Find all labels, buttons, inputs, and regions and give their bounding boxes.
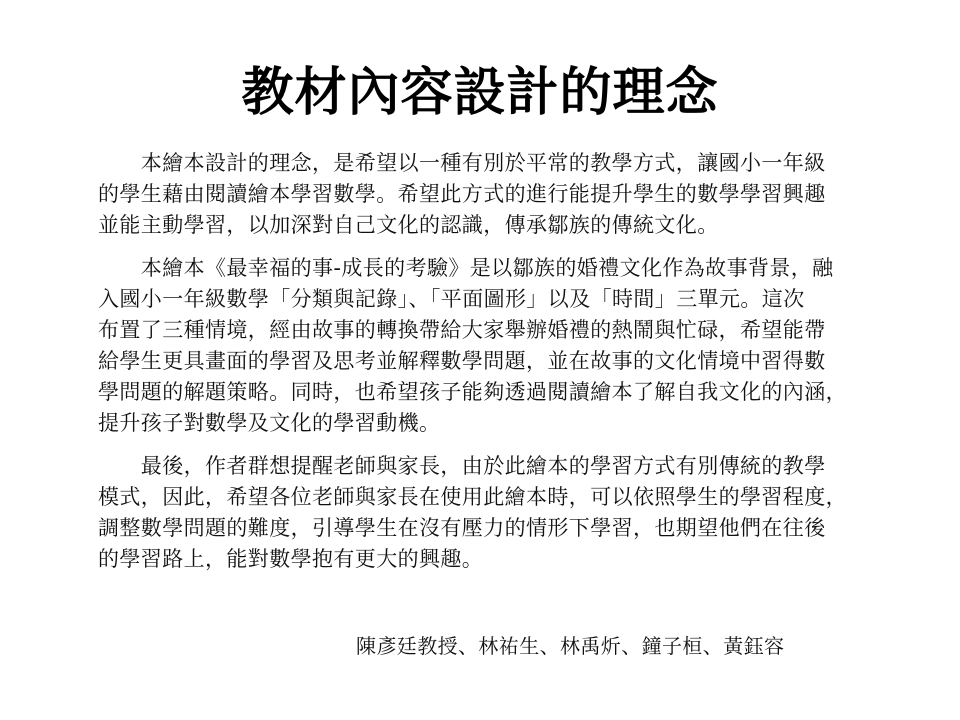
text-line: 給學生更具畫面的學習及思考並解釋數學問題，並在故事的文化情境中習得數: [98, 346, 898, 377]
text-line: 學問題的解題策略。同時，也希望孩子能夠透過閱讀繪本了解自我文化的內涵，: [98, 377, 898, 408]
authors-credit: 陳彥廷教授、林祐生、林禹炘、鐘子桓、黃鈺容: [356, 631, 784, 661]
text-line: 調整數學問題的難度，引導學生在沒有壓力的情形下學習，也期望他們在往後: [98, 513, 898, 544]
text-line: 提升孩子對數學及文化的學習動機。: [98, 408, 898, 439]
text-line: 的學生藉由閱讀繪本學習數學。希望此方式的進行能提升學生的數學學習興趣: [98, 179, 898, 210]
text-line: 本繪本《最幸福的事-成長的考驗》是以鄒族的婚禮文化作為故事背景，融: [98, 253, 898, 284]
text-line: 模式，因此，希望各位老師與家長在使用此繪本時，可以依照學生的學習程度，: [98, 482, 898, 513]
text-line: 本繪本設計的理念，是希望以一種有別於平常的教學方式，讓國小一年級: [98, 148, 898, 179]
paragraph-2: 本繪本《最幸福的事-成長的考驗》是以鄒族的婚禮文化作為故事背景，融 入國小一年級…: [98, 253, 898, 439]
paragraph-3: 最後，作者群想提醒老師與家長，由於此繪本的學習方式有別傳統的教學 模式，因此，希…: [98, 451, 898, 575]
text-line: 布置了三種情境，經由故事的轉換帶給大家舉辦婚禮的熱鬧與忙碌，希望能帶: [98, 315, 898, 346]
slide-title: 教材內容設計的理念: [0, 58, 960, 128]
body-text: 本繪本設計的理念，是希望以一種有別於平常的教學方式，讓國小一年級 的學生藉由閱讀…: [98, 148, 898, 587]
text-line: 的學習路上，能對數學抱有更大的興趣。: [98, 544, 898, 575]
text-line: 最後，作者群想提醒老師與家長，由於此繪本的學習方式有別傳統的教學: [98, 451, 898, 482]
paragraph-1: 本繪本設計的理念，是希望以一種有別於平常的教學方式，讓國小一年級 的學生藉由閱讀…: [98, 148, 898, 241]
text-line: 並能主動學習，以加深對自己文化的認識，傳承鄒族的傳統文化。: [98, 210, 898, 241]
text-line: 入國小一年級數學「分類與記錄」、「平面圖形」以及「時間」三單元。這次: [98, 284, 898, 315]
